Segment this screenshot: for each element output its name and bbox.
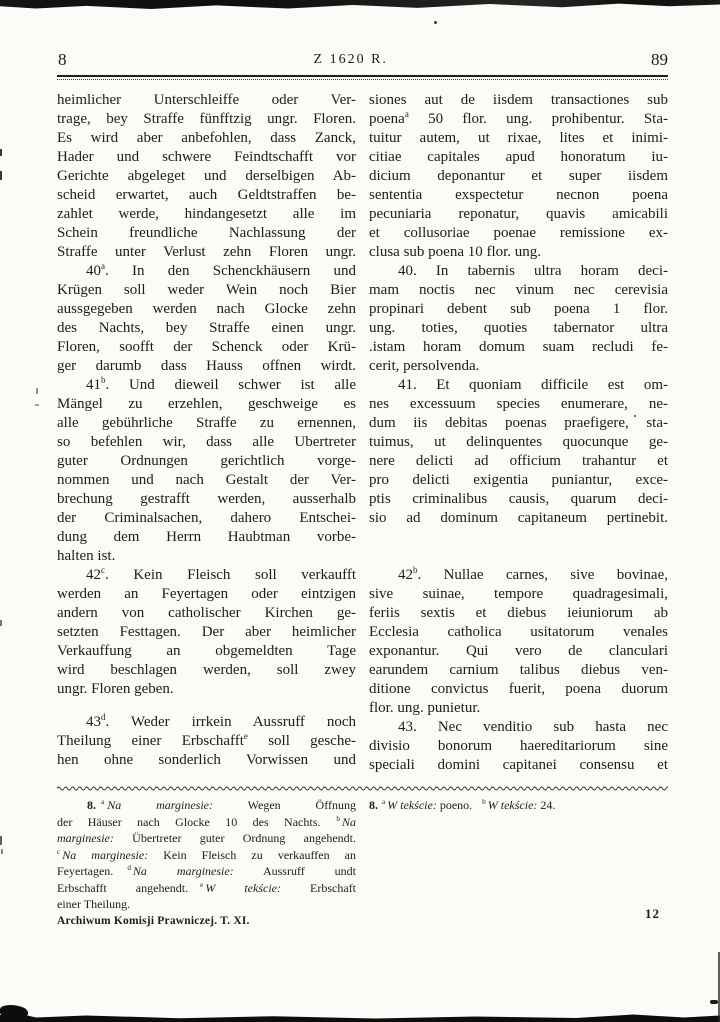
text-line: exponantur. Qui vero de clanculari (369, 642, 668, 661)
footnote-text: W tekście: (387, 798, 437, 812)
text-line: 42c. Kein Fleisch soll verkaufft (57, 566, 356, 585)
text-line: pro delicti exigentia puniantur, exce- (369, 471, 668, 490)
footnote-text: Aussruff undt (234, 864, 356, 878)
page-header: 8 Z 1620 R. 89 (58, 51, 668, 68)
superscript-marker: e (244, 731, 248, 741)
text-line: zahlet werde, hindangesetzt alle im (57, 205, 356, 224)
page-number-right: 89 (651, 51, 668, 68)
superscript-marker: b (413, 565, 418, 575)
text-line: divisio bonorum haereditariorum sine (369, 737, 668, 756)
text-line: ger darumb dass Hauss offnen wirdt. (57, 357, 356, 376)
text-line: poenaa 50 flor. ung. prohibentur. Sta- (369, 110, 668, 129)
text-line: heimlicher Unterschleiffe oder Ver- (57, 91, 356, 110)
running-title: Z 1620 R. (314, 53, 388, 67)
right-column: siones aut de iisdem transactiones subpo… (369, 91, 668, 775)
text-line: so befehlen wir, dass alle Ubertreter (57, 433, 356, 452)
footnote-text: der Häuser nach Glocke 10 des Nachts. (57, 815, 320, 829)
footnote-text: Erbschaft (281, 881, 356, 895)
paragraph: 40. In tabernis ultra horam deci-mam noc… (369, 262, 668, 376)
footnote-line: Feyertagen.dNa marginesie: Aussruff undt (57, 863, 356, 880)
footnote-text: Wegen Öffnung (213, 798, 356, 812)
footnote-line: 8.aW tekście: poeno.bW tekście: 24. (369, 797, 668, 814)
footnote-line: 8.aNa marginesie: Wegen Öffnung (57, 797, 356, 814)
text-line: des Nachts, bey Straffe einen ungr. (57, 319, 356, 338)
text-line: earundem carnium talibus diebus ven- (369, 661, 668, 680)
left-column: heimlicher Unterschleiffe oder Ver-trage… (57, 91, 356, 775)
text-line: ptis criminalibus causis, quarum deci- (369, 490, 668, 509)
footnote-text: marginesie: (57, 831, 114, 845)
text-line: Theilung einer Erbschaffte soll gesche- (57, 732, 356, 751)
text-line: werden an Feyertagen oder eintzigen (57, 585, 356, 604)
superscript-marker: a (405, 109, 409, 119)
scan-speck (0, 620, 2, 626)
superscript-marker: c (101, 565, 105, 575)
superscript-marker: b (101, 375, 106, 385)
paragraph: 40a. In den Schenckhäusern undKrügen sol… (57, 262, 356, 376)
footnote-marker: c (57, 848, 60, 856)
scan-speck (1, 849, 3, 854)
text-line: tuimus, ut delinquentes quocunque ge- (369, 433, 668, 452)
footnotes-left-column: 8.aNa marginesie: Wegen Öffnungder Häuse… (57, 797, 356, 913)
text-line: Gerichte abgeleget und derselbigen Ab- (57, 167, 356, 186)
text-line: 42b. Nullae carnes, sive bovinae, (369, 566, 668, 585)
footnote-text: Übertreter guter Ordnung angehendt. (114, 831, 356, 845)
text-line: Mängel zu erzehlen, geschweige es (57, 395, 356, 414)
footnote-text: poeno. (437, 798, 472, 812)
text-line: Schein freundliche Nachlassung der (57, 224, 356, 243)
text-line: wird beschlagen werden, soll zwey (57, 661, 356, 680)
text-line: siones aut de iisdem transactiones sub (369, 91, 668, 110)
scan-speck (634, 415, 636, 417)
text-line: Krügen soll weder Wein noch Bier (57, 281, 356, 300)
text-line: Floren, soofft der Schenck oder Krü- (57, 338, 356, 357)
text-line: alle gebührliche Straffe zu ernennen, (57, 414, 356, 433)
text-block: heimlicher Unterschleiffe oder Ver-trage… (57, 91, 668, 775)
text-line: .istam horam domum suam recludi fe- (369, 338, 668, 357)
text-line: hen ohne sonderlich Vorwissen und (57, 751, 356, 770)
footnote-marker: b (482, 798, 486, 806)
paragraph: 41b. Und dieweil schwer ist alleMängel z… (57, 376, 356, 566)
page-number-left: 8 (58, 51, 67, 68)
scan-artifact-corner-blob (0, 1005, 28, 1017)
footnote-text: Kein Fleisch zu verkauffen an (148, 848, 356, 862)
text-line: tuitur autem, ut rixae, lites et inimi- (369, 129, 668, 148)
paragraph: 41. Et quoniam difficile est om-nes exce… (369, 376, 668, 528)
footnote-text: W tekście: (205, 881, 281, 895)
superscript-marker: a (101, 261, 105, 271)
text-line: propinari debent sub poena 1 flor. (369, 300, 668, 319)
text-line: 41. Et quoniam difficile est om- (369, 376, 668, 395)
text-line: dung dem Herrn Haubtman vorbe- (57, 528, 356, 547)
text-line: Straffe unter Verlust zehn Floren ungr. (57, 243, 356, 262)
scan-artifact-top-band (0, 0, 720, 9)
footnote-marker: a (101, 798, 104, 806)
footnote-separator-wavy-rule (57, 785, 668, 792)
footnote-marker: a (382, 798, 385, 806)
text-line: dum iis debitas poenas praefigere, sta- (369, 414, 668, 433)
text-line: mam noctis nec vinum nec cerevisia (369, 281, 668, 300)
text-line: brechung gestrafft werden, ausserhalb (57, 490, 356, 509)
text-line: speciali domini capitanei consensu et (369, 756, 668, 775)
scan-artifact-bottom-band (0, 1012, 720, 1022)
text-line: aussgegeben werden nach Glocke zehn (57, 300, 356, 319)
footnote-marker: d (127, 864, 131, 872)
footnotes-right-column: 8.aW tekście: poeno.bW tekście: 24. (369, 797, 668, 913)
scan-speck (0, 836, 2, 845)
text-line: guter Ordnungen gerichtlich vorge- (57, 452, 356, 471)
scan-speck (35, 404, 39, 406)
scan-speck (0, 149, 2, 156)
footnotes-block: 8.aNa marginesie: Wegen Öffnungder Häuse… (57, 797, 668, 913)
text-line: sio ad dominum capitaneum pertinebit. (369, 509, 668, 528)
text-line: 43d. Weder irrkein Aussruff noch (57, 713, 356, 732)
text-line: ung. toties, quoties tabernator ultra (369, 319, 668, 338)
header-double-rule (57, 75, 668, 80)
paragraph: 42c. Kein Fleisch soll verkaufftwerden a… (57, 566, 356, 699)
signature-number: 12 (645, 906, 660, 922)
footnote-line: Erbschafft angehendt.eW tekście: Erbscha… (57, 880, 356, 897)
text-line: sententia exspectetur necnon poena (369, 186, 668, 205)
footnote-text: Erbschafft angehendt. (57, 881, 188, 895)
scanned-book-page: 8 Z 1620 R. 89 heimlicher Unterschleiffe… (0, 0, 720, 1022)
footnote-text: Na marginesie: (107, 798, 213, 812)
text-line: 43. Nec venditio sub hasta nec (369, 718, 668, 737)
text-line: ditione convictus fuerit, poena duorum (369, 680, 668, 699)
scan-speck (434, 21, 437, 24)
footnote-text: 8. (369, 798, 378, 812)
paragraph: 43. Nec venditio sub hasta necdivisio bo… (369, 718, 668, 775)
text-line: 40a. In den Schenckhäusern und (57, 262, 356, 281)
text-line: pecuniaria reponatur, quavis amicabili (369, 205, 668, 224)
text-line: citiae capitales apud honoratum iu- (369, 148, 668, 167)
text-line: ungr. Floren geben. (57, 680, 356, 699)
text-line: feriis sextis et diebus ieiuniorum ab (369, 604, 668, 623)
text-line: Es wird aber anbefohlen, dass Zanck, (57, 129, 356, 148)
superscript-marker: d (101, 712, 106, 722)
text-line: et collusoriae poenae remissione ex- (369, 224, 668, 243)
text-line: nes excessuum species enumerare, ne- (369, 395, 668, 414)
footnote-line: cNa marginesie: Kein Fleisch zu verkauff… (57, 847, 356, 864)
footnote-text: einer Theilung. (57, 897, 130, 911)
scan-speck (710, 1000, 718, 1004)
scan-speck (36, 388, 38, 394)
text-line: der Criminalsachen, dahero Entschei- (57, 509, 356, 528)
footnote-line: einer Theilung. (57, 896, 356, 913)
footnote-text: W tekście: (488, 798, 538, 812)
text-line: clusa sub poena 10 flor. ung. (369, 243, 668, 262)
paragraph: 43d. Weder irrkein Aussruff nochTheilung… (57, 713, 356, 770)
text-line: 40. In tabernis ultra horam deci- (369, 262, 668, 281)
footnote-text: 24. (537, 798, 555, 812)
paragraph: 42b. Nullae carnes, sive bovinae,sive su… (369, 566, 668, 718)
text-line: nommen und nach Gestalt der Ver- (57, 471, 356, 490)
text-line: setzten Festtagen. Der aber heimlicher (57, 623, 356, 642)
text-line: 41b. Und dieweil schwer ist alle (57, 376, 356, 395)
paragraph: heimlicher Unterschleiffe oder Ver-trage… (57, 91, 356, 262)
text-line: halten ist. (57, 547, 356, 566)
footnote-text: Na (342, 815, 356, 829)
text-line: sive suinae, tempore quadragesimali, (369, 585, 668, 604)
footnote-text: Feyertagen. (57, 864, 113, 878)
text-line: nere delicti ad officium trahantur et (369, 452, 668, 471)
text-line: scheid erwartet, auch Geldtstraffen be- (57, 186, 356, 205)
footnote-text: 8. (87, 798, 96, 812)
footnote-marker: b (336, 815, 340, 823)
text-line: trage, bey Straffe fünfftzig ungr. Flore… (57, 110, 356, 129)
text-line: flor. ung. punietur. (369, 699, 668, 718)
series-imprint: Archiwum Komisji Prawniczej. T. XI. (57, 915, 250, 927)
text-line: dicium deponantur et super iisdem (369, 167, 668, 186)
footnote-line: der Häuser nach Glocke 10 des Nachts.bNa (57, 814, 356, 831)
footnote-marker: e (200, 881, 203, 889)
footnote-text: Na marginesie: (133, 864, 234, 878)
paragraph: siones aut de iisdem transactiones subpo… (369, 91, 668, 262)
text-line: Verkauffung an obgemeldten Tage (57, 642, 356, 661)
text-line: cerit, persolvenda. (369, 357, 668, 376)
scan-speck (0, 171, 2, 180)
footnote-text: Na marginesie: (62, 848, 148, 862)
footnote-line: marginesie: Übertreter guter Ordnung ang… (57, 830, 356, 847)
text-line: Hader und schwere Feindtschafft vor (57, 148, 356, 167)
text-line: andern von catholischer Kirchen ge- (57, 604, 356, 623)
text-line: Ecclesia catholica usitatorum venales (369, 623, 668, 642)
